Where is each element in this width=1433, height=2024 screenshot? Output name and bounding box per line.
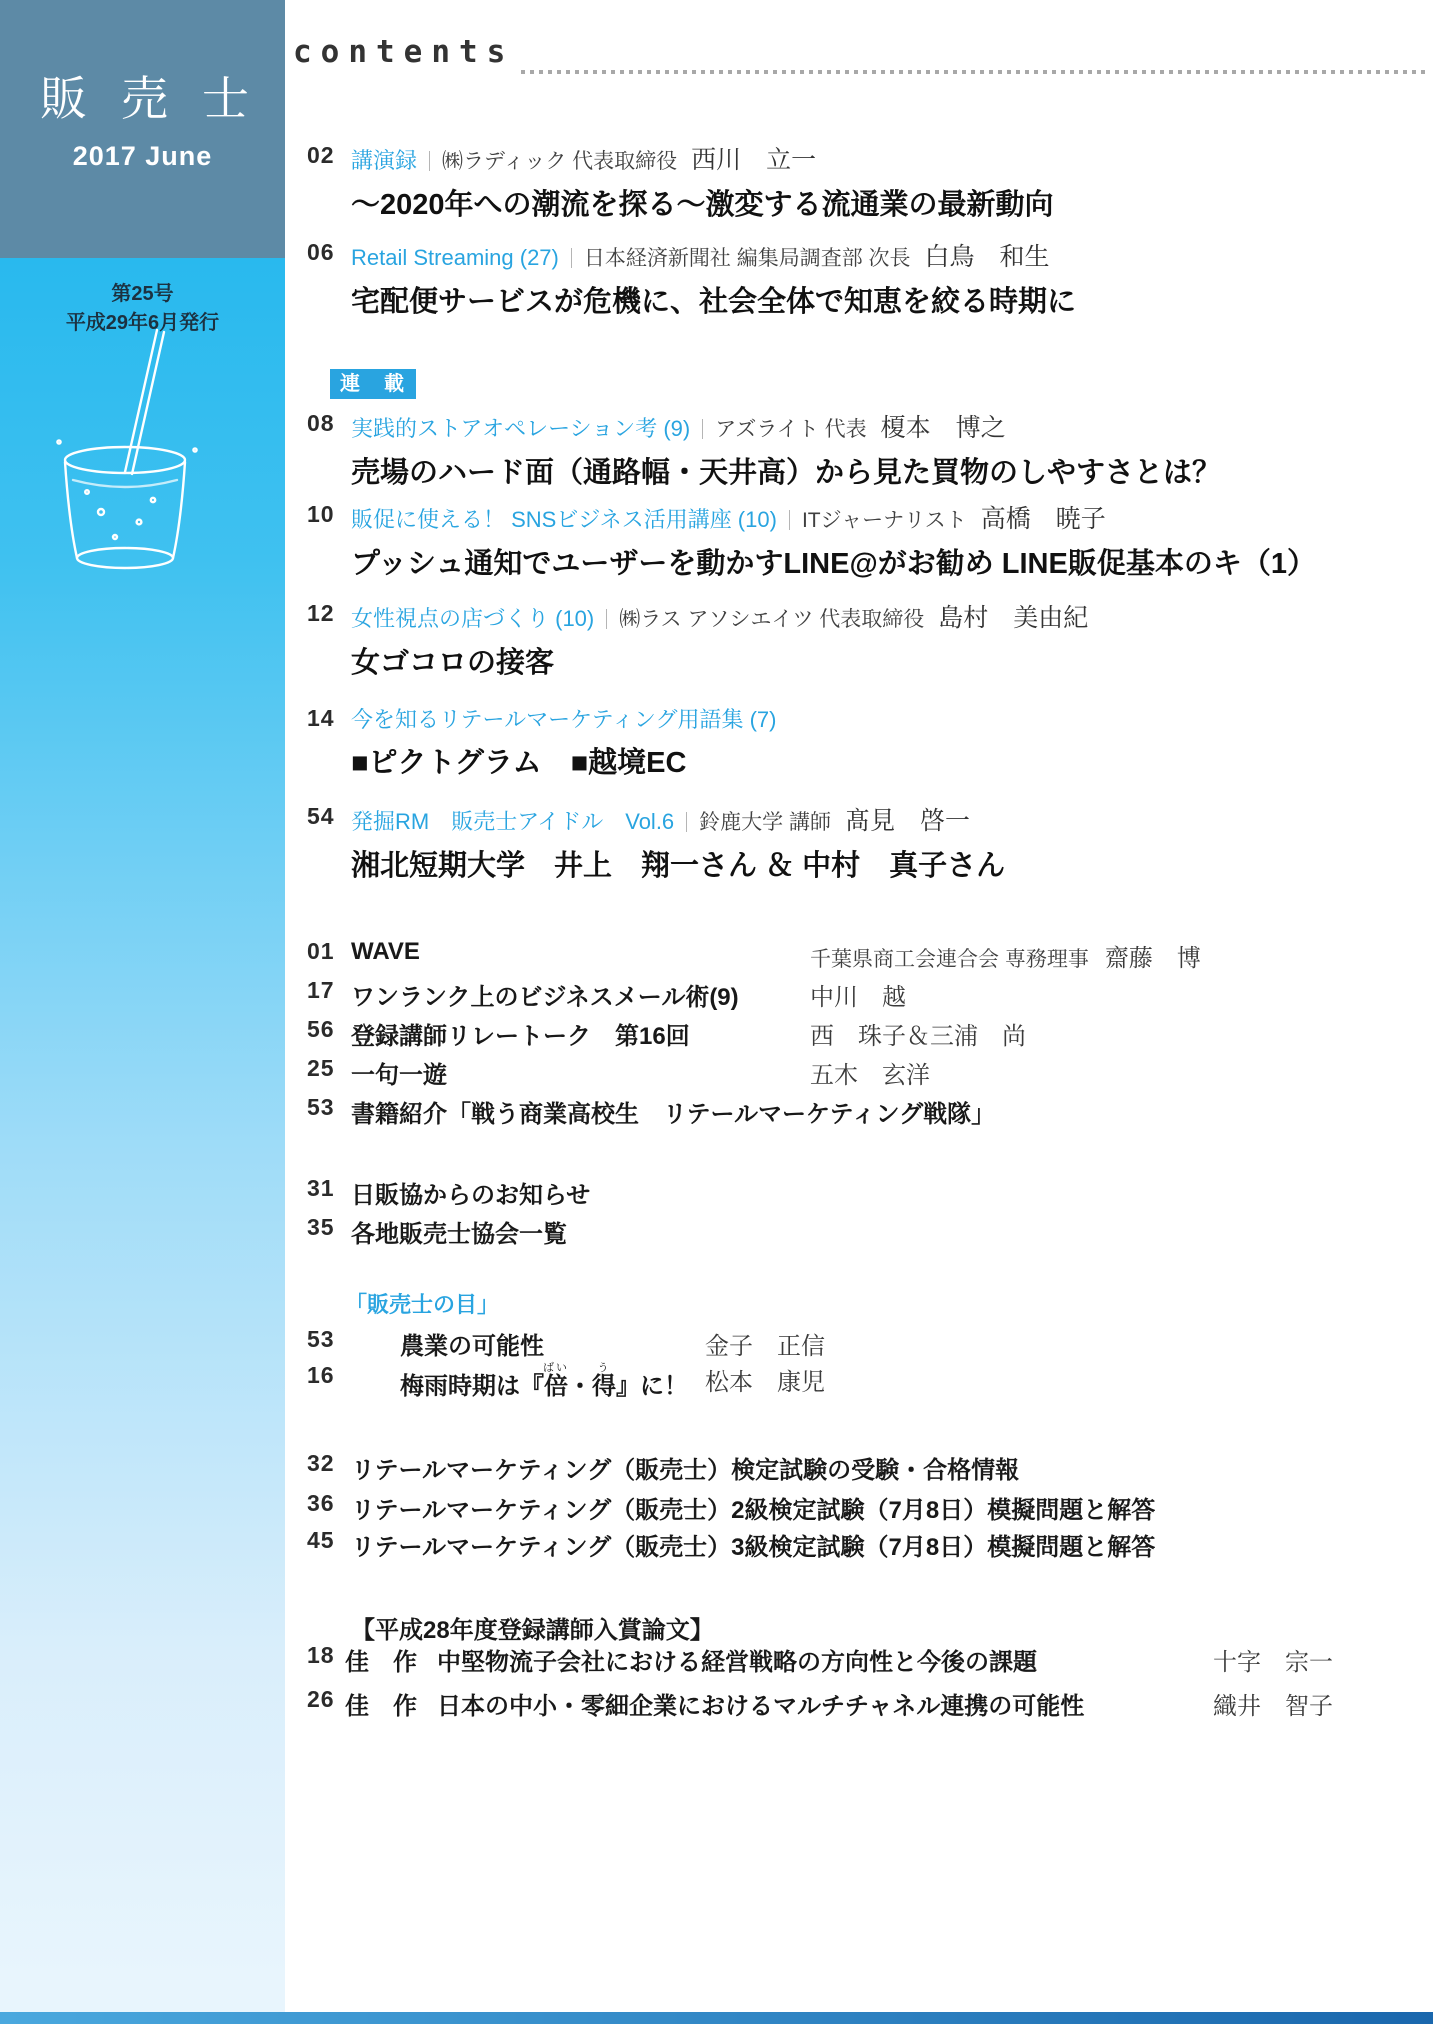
- page-number: 45: [307, 1527, 335, 1554]
- page-number: 17: [307, 977, 335, 1004]
- toc-entry: 10 販促に使える！ SNSビジネス活用講座 (10)ITジャーナリスト高橋 暁…: [307, 499, 1433, 582]
- category-label: 今を知るリテールマーケティング用語集 (7): [351, 707, 776, 732]
- title-text: ・: [568, 1373, 592, 1400]
- page-number: 10: [307, 501, 335, 528]
- page-number: 14: [307, 705, 335, 732]
- category-label: 女性視点の店づくり (10): [351, 606, 594, 631]
- prize-label: 佳 作: [345, 1642, 417, 1677]
- author-name: 五木 玄洋: [810, 1055, 930, 1090]
- toc-row: 16 梅雨時期は『倍ばい・得う』に！ 松本 康児: [307, 1362, 1433, 1401]
- author-name: 榎本 博之: [881, 414, 1006, 442]
- magazine-title: 販売士: [0, 62, 285, 129]
- author-name: 高橋 暁子: [981, 505, 1106, 533]
- category-label: 実践的ストアオペレーション考 (9): [351, 416, 690, 441]
- separator-line: [789, 510, 790, 530]
- magazine-toc-page: 販売士 2017 June 第25号 平成29年6月発行 contents: [0, 0, 1433, 2024]
- page-number: 31: [307, 1175, 335, 1202]
- article-title: 女ゴコロの接客: [351, 640, 1433, 681]
- author-affiliation: ㈱ラス アソシエイツ 代表取締役: [619, 608, 924, 631]
- title-text: 梅雨時期は『: [400, 1373, 544, 1400]
- glass-with-straw-icon: [35, 322, 215, 592]
- author-affiliation: アズライト 代表: [715, 418, 866, 441]
- column-title: ワンランク上のビジネスメール術(9): [351, 984, 739, 1011]
- contents-heading: contents: [293, 34, 514, 70]
- author-name: 織井 智子: [1213, 1686, 1333, 1721]
- toc-row: 26 佳 作 日本の中小・零細企業におけるマルチチャネル連携の可能性 織井 智子: [307, 1686, 1433, 1721]
- separator-line: [571, 248, 572, 268]
- essay-section-header: 【平成28年度登録講師入賞論文】: [351, 1610, 714, 1645]
- toc-row: 35 各地販売士協会一覧: [307, 1214, 1433, 1249]
- section-label-hanbaishi-no-me: 「販売士の目」: [345, 1288, 499, 1319]
- article-title: プッシュ通知でユーザーを動かすLINE@がお勧め LINE販促基本のキ（1）: [351, 541, 1433, 582]
- separator-line: [702, 419, 703, 439]
- series-badge: 連 載: [330, 369, 416, 399]
- page-number: 56: [307, 1016, 335, 1043]
- toc-row: 32 リテールマーケティング（販売士）検定試験の受験・合格情報: [307, 1450, 1433, 1485]
- issue-number: 第25号: [0, 280, 285, 309]
- entry-credit-line: 実践的ストアオペレーション考 (9)アズライト 代表榎本 博之: [351, 408, 1433, 444]
- page-number: 01: [307, 938, 335, 965]
- entry-credit-line: 女性視点の店づくり (10)㈱ラス アソシエイツ 代表取締役島村 美由紀: [351, 598, 1433, 634]
- column-title: WAVE: [351, 938, 420, 965]
- page-number: 12: [307, 600, 335, 627]
- column-title: 書籍紹介「戦う商業高校生 リテールマーケティング戦隊」: [351, 1101, 995, 1128]
- page-number: 16: [307, 1362, 335, 1389]
- author-affiliation: 日本経済新聞社 編集局調査部 次長: [584, 247, 911, 270]
- author-name: 白鳥 和生: [925, 243, 1050, 271]
- entry-credit-line: 発掘RM 販売士アイドル Vol.6鈴鹿大学 講師髙見 啓一: [351, 801, 1433, 837]
- author-name: 松本 康児: [705, 1362, 825, 1397]
- toc-row: 25 一句一遊 五木 玄洋: [307, 1055, 1433, 1090]
- author-name: 齋藤 博: [1105, 945, 1201, 972]
- column-title: 登録講師リレートーク 第16回: [351, 1023, 690, 1050]
- separator-line: [429, 151, 430, 171]
- article-title: 宅配便サービスが危機に、社会全体で知恵を絞る時期に: [351, 279, 1433, 320]
- toc-entry: 08 実践的ストアオペレーション考 (9)アズライト 代表榎本 博之 売場のハー…: [307, 408, 1433, 491]
- author-name: 髙見 啓一: [845, 807, 970, 835]
- toc-row: 56 登録講師リレートーク 第16回 西 珠子＆三浦 尚: [307, 1016, 1433, 1051]
- toc-entry: 14 今を知るリテールマーケティング用語集 (7) ■ピクトグラム ■越境EC: [307, 703, 1433, 781]
- entry-credit-line: 今を知るリテールマーケティング用語集 (7): [351, 703, 1433, 734]
- toc-entry: 06 Retail Streaming (27)日本経済新聞社 編集局調査部 次…: [307, 237, 1433, 320]
- prize-label: 佳 作: [345, 1686, 417, 1721]
- author-name: 西川 立一: [691, 146, 816, 174]
- magazine-brand-box: 販売士 2017 June: [0, 0, 285, 258]
- toc-row: 18 佳 作 中堅物流子会社における経営戦略の方向性と今後の課題 十字 宗一: [307, 1642, 1433, 1677]
- column-title: 農業の可能性: [400, 1333, 544, 1360]
- column-title: リテールマーケティング（販売士）2級検定試験（7月8日）模擬問題と解答: [351, 1497, 1155, 1524]
- ruby-u: 得う: [592, 1373, 616, 1400]
- bottom-accent-bar: [0, 2012, 1433, 2024]
- page-number: 35: [307, 1214, 335, 1241]
- author-affiliation: 鈴鹿大学 講師: [699, 811, 831, 834]
- entry-credit-line: 講演録㈱ラディック 代表取締役西川 立一: [351, 140, 1433, 176]
- article-title: ■ピクトグラム ■越境EC: [351, 740, 1433, 781]
- entry-credit-line: 販促に使える！ SNSビジネス活用講座 (10)ITジャーナリスト高橋 暁子: [351, 499, 1433, 535]
- author-name: 中川 越: [810, 977, 906, 1012]
- page-number: 32: [307, 1450, 335, 1477]
- toc-entry: 54 発掘RM 販売士アイドル Vol.6鈴鹿大学 講師髙見 啓一 湘北短期大学…: [307, 801, 1433, 884]
- category-label: 講演録: [351, 148, 417, 173]
- ruby-bai: 倍ばい: [544, 1373, 568, 1400]
- essay-title: 日本の中小・零細企業におけるマルチチャネル連携の可能性: [437, 1693, 1084, 1720]
- column-title: 一句一遊: [351, 1062, 447, 1089]
- sidebar: 販売士 2017 June 第25号 平成29年6月発行: [0, 0, 285, 2024]
- page-number: 26: [307, 1686, 335, 1713]
- author-name: 島村 美由紀: [938, 604, 1088, 632]
- column-title: 各地販売士協会一覧: [351, 1221, 567, 1248]
- column-title: リテールマーケティング（販売士）3級検定試験（7月8日）模擬問題と解答: [351, 1534, 1155, 1561]
- toc-entry: 12 女性視点の店づくり (10)㈱ラス アソシエイツ 代表取締役島村 美由紀 …: [307, 598, 1433, 681]
- author-credit: 千葉県商工会連合会 専務理事齋藤 博: [810, 938, 1201, 973]
- separator-line: [606, 609, 607, 629]
- column-title: 梅雨時期は『倍ばい・得う』に！: [400, 1373, 688, 1400]
- issue-date: 2017 June: [0, 141, 285, 172]
- toc-row: 31 日販協からのお知らせ: [307, 1175, 1433, 1210]
- toc-row: 01 WAVE 千葉県商工会連合会 専務理事齋藤 博: [307, 938, 1433, 966]
- category-label: 販促に使える！ SNSビジネス活用講座 (10): [351, 507, 777, 532]
- dotted-rule: [521, 70, 1425, 74]
- page-number: 18: [307, 1642, 335, 1669]
- page-number: 06: [307, 239, 335, 266]
- category-label: 発掘RM 販売士アイドル Vol.6: [351, 809, 674, 834]
- article-title: 〜2020年への潮流を探る〜激変する流通業の最新動向: [351, 182, 1433, 223]
- page-number: 54: [307, 803, 335, 830]
- toc-row: 53 書籍紹介「戦う商業高校生 リテールマーケティング戦隊」: [307, 1094, 1433, 1129]
- toc-row: 45 リテールマーケティング（販売士）3級検定試験（7月8日）模擬問題と解答: [307, 1527, 1433, 1562]
- author-name: 西 珠子＆三浦 尚: [810, 1016, 1026, 1051]
- column-title: リテールマーケティング（販売士）検定試験の受験・合格情報: [351, 1457, 1019, 1484]
- category-label: Retail Streaming (27): [351, 245, 559, 270]
- author-affiliation: ㈱ラディック 代表取締役: [442, 150, 677, 173]
- author-affiliation: ITジャーナリスト: [802, 509, 967, 532]
- page-number: 25: [307, 1055, 335, 1082]
- title-text: 』に！: [616, 1373, 688, 1400]
- toc-entry: 02 講演録㈱ラディック 代表取締役西川 立一 〜2020年への潮流を探る〜激変…: [307, 140, 1433, 223]
- page-number: 53: [307, 1326, 335, 1353]
- page-number: 53: [307, 1094, 335, 1121]
- author-name: 十字 宗一: [1213, 1642, 1333, 1677]
- column-title: 日販協からのお知らせ: [351, 1182, 590, 1209]
- toc-row: 17 ワンランク上のビジネスメール術(9) 中川 越: [307, 977, 1433, 1012]
- article-title: 売場のハード面（通路幅・天井高）から見た買物のしやすさとは？: [351, 450, 1433, 491]
- toc-row: 53 農業の可能性 金子 正信: [307, 1326, 1433, 1361]
- author-affiliation: 千葉県商工会連合会 専務理事: [810, 948, 1089, 971]
- essay-title: 中堅物流子会社における経営戦略の方向性と今後の課題: [437, 1649, 1037, 1676]
- page-number: 08: [307, 410, 335, 437]
- article-title: 湘北短期大学 井上 翔一さん ＆ 中村 真子さん: [351, 843, 1433, 884]
- page-number: 02: [307, 142, 335, 169]
- author-name: 金子 正信: [705, 1326, 825, 1361]
- entry-credit-line: Retail Streaming (27)日本経済新聞社 編集局調査部 次長白鳥…: [351, 237, 1433, 273]
- contents-main: contents 02 講演録㈱ラディック 代表取締役西川 立一 〜2020年へ…: [307, 0, 1433, 2024]
- toc-row: 36 リテールマーケティング（販売士）2級検定試験（7月8日）模擬問題と解答: [307, 1490, 1433, 1525]
- separator-line: [686, 812, 687, 832]
- page-number: 36: [307, 1490, 335, 1517]
